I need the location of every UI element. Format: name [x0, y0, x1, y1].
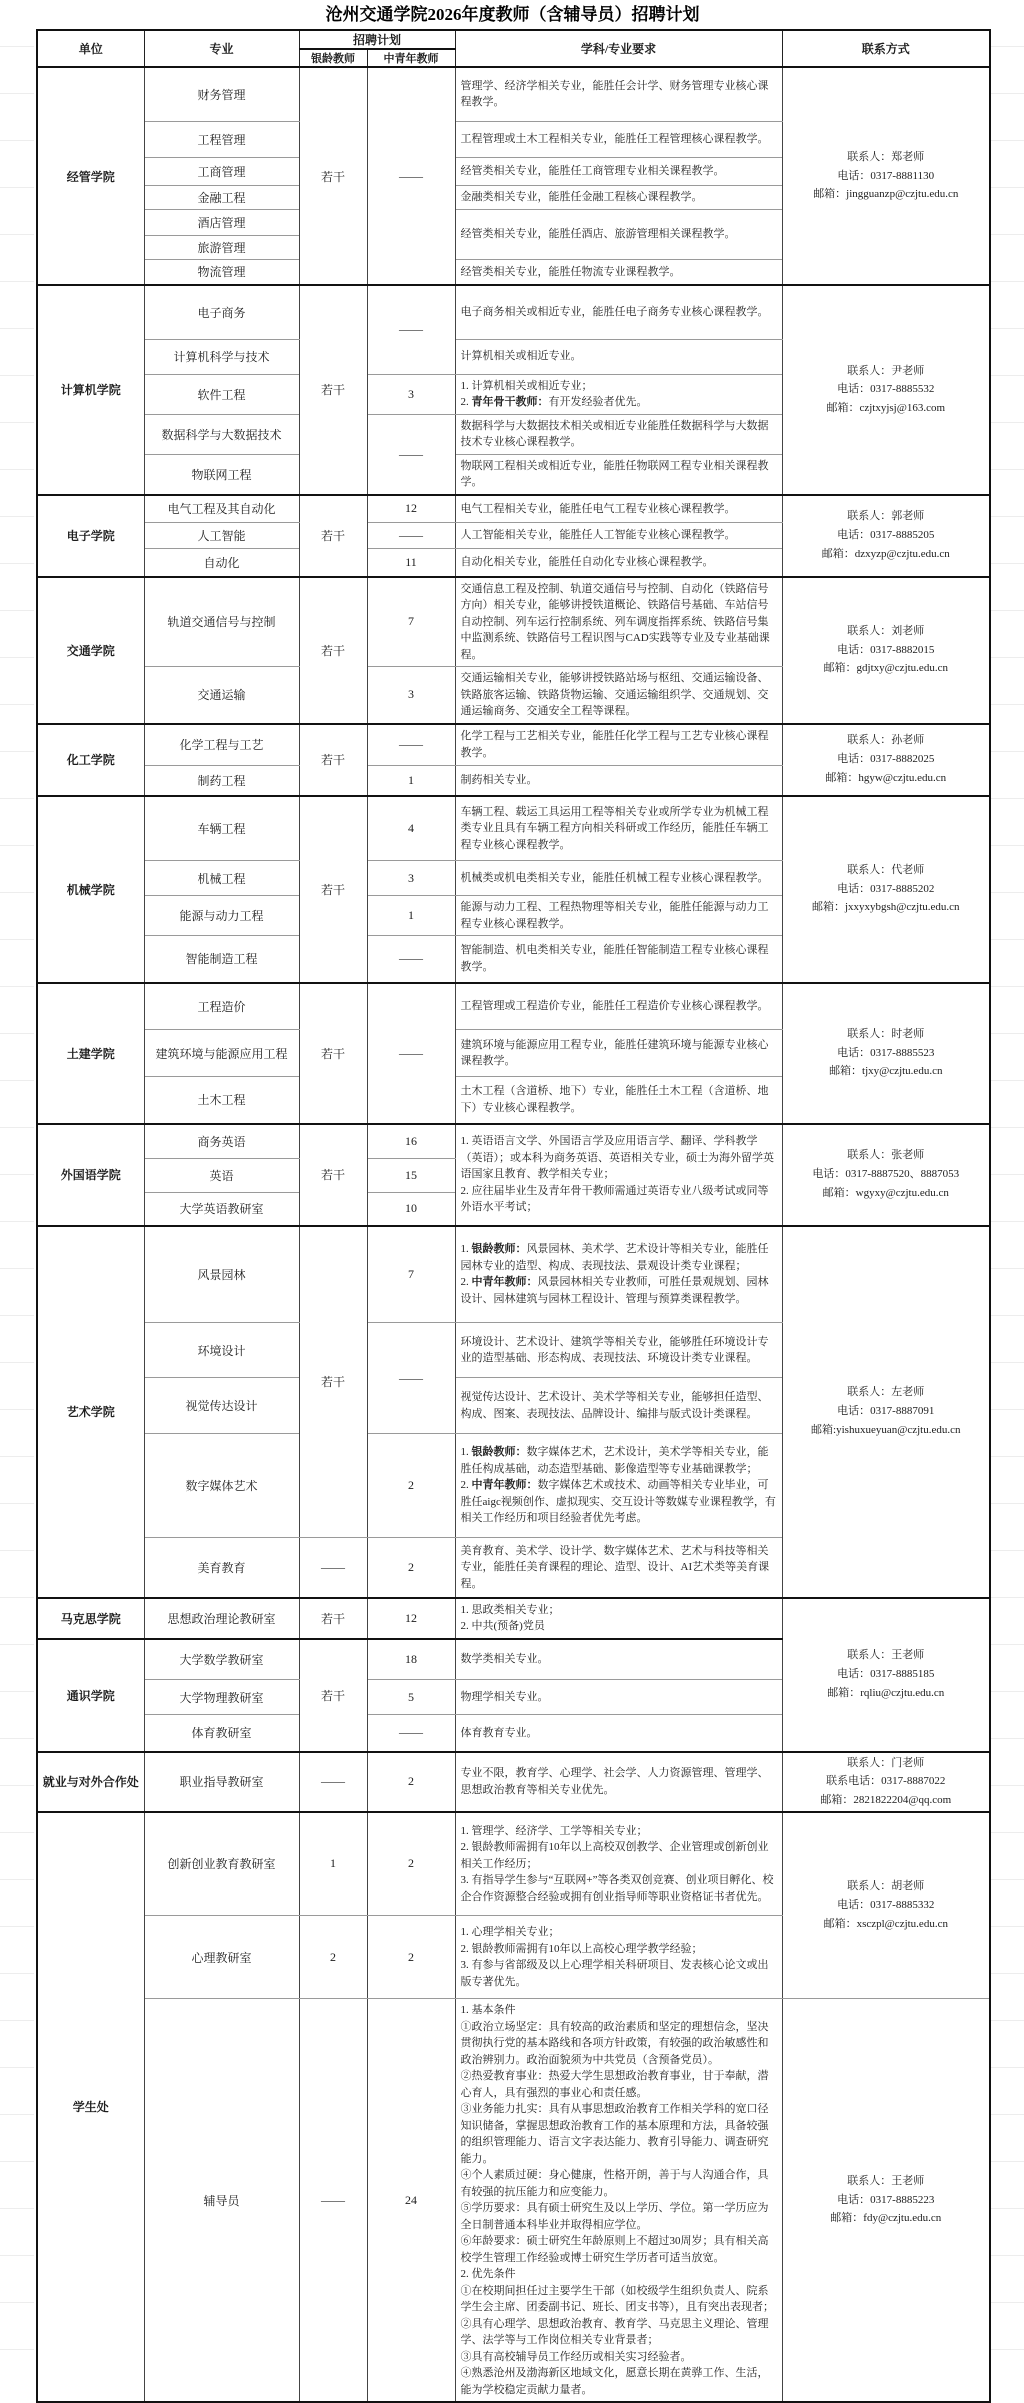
- requirement-cell: 1. 管理学、经济学、工学等相关专业；2. 银龄教师需拥有10年以上高校双创教学…: [455, 1812, 782, 1916]
- silver-teacher-count-cell: 若干: [299, 67, 367, 285]
- major-cell: 交通运输: [144, 667, 299, 724]
- requirement-cell: 人工智能相关专业，能胜任人工智能专业核心课程教学。: [455, 523, 782, 549]
- major-cell: 环境设计: [144, 1323, 299, 1378]
- requirement-cell: 土木工程（含道桥、地下）专业，能胜任土木工程（含道桥、地下）专业核心课程教学。: [455, 1077, 782, 1124]
- young-teacher-count-cell: ——: [367, 983, 455, 1124]
- contact-cell: 联系人：胡老师电话：0317-8885332邮箱：xsczpl@czjtu.ed…: [782, 1812, 990, 1999]
- recruitment-table: 单位 专业 招聘计划 学科/专业要求 联系方式 银龄教师 中青年教师 经管学院财…: [36, 29, 991, 2403]
- contact-cell: 联系人：时老师电话：0317-8885523邮箱：tjxy@czjtu.edu.…: [782, 983, 990, 1124]
- major-cell: 视觉传达设计: [144, 1378, 299, 1434]
- young-teacher-count-cell: 2: [367, 1752, 455, 1812]
- major-cell: 电子商务: [144, 285, 299, 339]
- major-cell: 辅导员: [144, 1999, 299, 2403]
- contact-cell: 联系人：张老师电话：0317-8887520、8887053邮箱：wgyxy@c…: [782, 1124, 990, 1226]
- young-teacher-count-cell: 2: [367, 1812, 455, 1916]
- young-teacher-count-cell: ——: [367, 936, 455, 983]
- major-cell: 英语: [144, 1159, 299, 1193]
- page-title: 沧州交通学院2026年度教师（含辅导员）招聘计划: [36, 0, 989, 29]
- requirement-cell: 工程管理或土木工程相关专业，能胜任工程管理核心课程教学。: [455, 121, 782, 157]
- requirement-cell: 计算机相关或相近专业。: [455, 339, 782, 374]
- major-cell: 体育教研室: [144, 1715, 299, 1752]
- requirement-cell: 制药相关专业。: [455, 766, 782, 796]
- unit-cell: 学生处: [37, 1812, 144, 2403]
- contact-cell: 联系人：孙老师电话：0317-8882025邮箱：hgyw@czjtu.edu.…: [782, 724, 990, 796]
- sheet-margin-gridlines-left: [0, 0, 34, 2369]
- silver-teacher-count-cell: 若干: [299, 577, 367, 724]
- unit-cell: 通识学院: [37, 1639, 144, 1752]
- table-row: 辅导员——241. 基本条件①政治立场坚定：具有较高的政治素质和坚定的理想信念，…: [37, 1999, 990, 2403]
- young-teacher-count-cell: 3: [367, 861, 455, 896]
- unit-cell: 艺术学院: [37, 1226, 144, 1598]
- major-cell: 智能制造工程: [144, 936, 299, 983]
- unit-cell: 化工学院: [37, 724, 144, 796]
- major-cell: 计算机科学与技术: [144, 339, 299, 374]
- requirement-cell: 车辆工程、载运工具运用工程等相关专业或所学专业为机械工程类专业且具有车辆工程方向…: [455, 796, 782, 861]
- major-cell: 创新创业教育教研室: [144, 1812, 299, 1916]
- major-cell: 数据科学与大数据技术: [144, 414, 299, 454]
- young-teacher-count-cell: 4: [367, 796, 455, 861]
- contact-cell: 联系人：门老师联系电话：0317-8887022邮箱：2821822204@qq…: [782, 1752, 990, 1812]
- requirement-cell: 视觉传达设计、艺术设计、美术学等相关专业，能够担任造型、构成、图案、表现技法、品…: [455, 1378, 782, 1434]
- recruitment-plan-sheet: 沧州交通学院2026年度教师（含辅导员）招聘计划 单位 专业 招聘计划 学科/专…: [36, 0, 989, 2403]
- major-cell: 物联网工程: [144, 454, 299, 495]
- requirement-cell: 管理学、经济学相关专业，能胜任会计学、财务管理专业核心课程教学。: [455, 67, 782, 121]
- major-cell: 心理教研室: [144, 1916, 299, 1999]
- silver-teacher-count-cell: 1: [299, 1812, 367, 1916]
- header-silver-teacher: 银龄教师: [299, 49, 367, 67]
- major-cell: 酒店管理: [144, 209, 299, 235]
- requirement-cell: 体育教育专业。: [455, 1715, 782, 1752]
- major-cell: 金融工程: [144, 185, 299, 209]
- major-cell: 工程造价: [144, 983, 299, 1030]
- unit-cell: 计算机学院: [37, 285, 144, 495]
- requirement-cell: 电气工程相关专业，能胜任电气工程专业核心课程教学。: [455, 495, 782, 523]
- contact-cell: 联系人：尹老师电话：0317-8885532邮箱：czjtxyjsj@163.c…: [782, 285, 990, 495]
- silver-teacher-count-cell: ——: [299, 1752, 367, 1812]
- young-teacher-count-cell: ——: [367, 414, 455, 495]
- young-teacher-count-cell: 3: [367, 374, 455, 414]
- requirement-cell: 金融类相关专业，能胜任金融工程核心课程教学。: [455, 185, 782, 209]
- major-cell: 车辆工程: [144, 796, 299, 861]
- unit-cell: 外国语学院: [37, 1124, 144, 1226]
- unit-cell: 交通学院: [37, 577, 144, 724]
- major-cell: 大学数学教研室: [144, 1639, 299, 1680]
- young-teacher-count-cell: 24: [367, 1999, 455, 2403]
- young-teacher-count-cell: 3: [367, 667, 455, 724]
- silver-teacher-count-cell: 若干: [299, 1124, 367, 1226]
- contact-cell: 联系人：王老师电话：0317-8885223邮箱：fdy@czjtu.edu.c…: [782, 1999, 990, 2403]
- header-contact: 联系方式: [782, 30, 990, 67]
- young-teacher-count-cell: 12: [367, 1598, 455, 1639]
- silver-teacher-count-cell: 若干: [299, 983, 367, 1124]
- silver-teacher-count-cell: 若干: [299, 1639, 367, 1752]
- young-teacher-count-cell: 7: [367, 1226, 455, 1323]
- major-cell: 土木工程: [144, 1077, 299, 1124]
- requirement-cell: 工程管理或工程造价专业，能胜任工程造价专业核心课程教学。: [455, 983, 782, 1030]
- major-cell: 大学英语教研室: [144, 1193, 299, 1226]
- young-teacher-count-cell: ——: [367, 523, 455, 549]
- table-row: 电子学院电气工程及其自动化若干12电气工程相关专业，能胜任电气工程专业核心课程教…: [37, 495, 990, 523]
- header-plan: 招聘计划: [299, 30, 455, 49]
- requirement-cell: 建筑环境与能源应用工程专业，能胜任建筑环境与能源专业核心课程教学。: [455, 1030, 782, 1077]
- young-teacher-count-cell: 2: [367, 1916, 455, 1999]
- major-cell: 商务英语: [144, 1124, 299, 1159]
- silver-teacher-count-cell: 2: [299, 1916, 367, 1999]
- table-row: 学生处创新创业教育教研室121. 管理学、经济学、工学等相关专业；2. 银龄教师…: [37, 1812, 990, 1916]
- young-teacher-count-cell: 15: [367, 1159, 455, 1193]
- major-cell: 旅游管理: [144, 235, 299, 259]
- requirement-cell: 自动化相关专业，能胜任自动化专业核心课程教学。: [455, 549, 782, 577]
- requirement-cell: 经管类相关专业，能胜任工商管理专业相关课程教学。: [455, 157, 782, 185]
- major-cell: 轨道交通信号与控制: [144, 577, 299, 667]
- young-teacher-count-cell: ——: [367, 67, 455, 285]
- major-cell: 人工智能: [144, 523, 299, 549]
- requirement-cell: 物联网工程相关或相近专业，能胜任物联网工程专业相关课程教学。: [455, 454, 782, 495]
- unit-cell: 就业与对外合作处: [37, 1752, 144, 1812]
- requirement-cell: 物理学相关专业。: [455, 1680, 782, 1715]
- requirement-cell: 美育教育、美术学、设计学、数字媒体艺术、艺术与科技等相关专业，能胜任美育课程的理…: [455, 1538, 782, 1598]
- silver-teacher-count-cell: ——: [299, 1999, 367, 2403]
- silver-teacher-count-cell: 若干: [299, 796, 367, 983]
- major-cell: 物流管理: [144, 259, 299, 285]
- major-cell: 电气工程及其自动化: [144, 495, 299, 523]
- major-cell: 软件工程: [144, 374, 299, 414]
- requirement-cell: 化学工程与工艺相关专业，能胜任化学工程与工艺专业核心课程教学。: [455, 724, 782, 766]
- young-teacher-count-cell: 18: [367, 1639, 455, 1680]
- silver-teacher-count-cell: 若干: [299, 724, 367, 796]
- requirement-cell: 数据科学与大数据技术相关或相近专业能胜任数据科学与大数据技术专业核心课程教学。: [455, 414, 782, 454]
- young-teacher-count-cell: 1: [367, 896, 455, 936]
- major-cell: 自动化: [144, 549, 299, 577]
- table-row: 机械学院车辆工程若干4车辆工程、载运工具运用工程等相关专业或所学专业为机械工程类…: [37, 796, 990, 861]
- table-row: 土建学院工程造价若干——工程管理或工程造价专业，能胜任工程造价专业核心课程教学。…: [37, 983, 990, 1030]
- young-teacher-count-cell: 12: [367, 495, 455, 523]
- major-cell: 大学物理教研室: [144, 1680, 299, 1715]
- requirement-cell: 1. 银龄教师：风景园林、美术学、艺术设计等相关专业，能胜任园林专业的造型、构成…: [455, 1226, 782, 1323]
- requirement-cell: 机械类或机电类相关专业，能胜任机械工程专业核心课程教学。: [455, 861, 782, 896]
- major-cell: 财务管理: [144, 67, 299, 121]
- silver-teacher-count-cell: 若干: [299, 1598, 367, 1639]
- silver-teacher-count-cell: 若干: [299, 285, 367, 495]
- young-teacher-count-cell: ——: [367, 285, 455, 374]
- young-teacher-count-cell: 2: [367, 1538, 455, 1598]
- table-row: 计算机学院电子商务若干——电子商务相关或相近专业，能胜任电子商务专业核心课程教学…: [37, 285, 990, 339]
- requirement-cell: 经管类相关专业，能胜任物流专业课程教学。: [455, 259, 782, 285]
- contact-cell: 联系人：刘老师电话：0317-8882015邮箱：gdjtxy@czjtu.ed…: [782, 577, 990, 724]
- contact-cell: 联系人：王老师电话：0317-8885185邮箱：rqliu@czjtu.edu…: [782, 1598, 990, 1752]
- young-teacher-count-cell: 11: [367, 549, 455, 577]
- requirement-cell: 智能制造、机电类相关专业，能胜任智能制造工程专业核心课程教学。: [455, 936, 782, 983]
- major-cell: 思想政治理论教研室: [144, 1598, 299, 1639]
- table-row: 经管学院财务管理若干——管理学、经济学相关专业，能胜任会计学、财务管理专业核心课…: [37, 67, 990, 121]
- major-cell: 建筑环境与能源应用工程: [144, 1030, 299, 1077]
- requirement-cell: 1. 银龄教师：数字媒体艺术，艺术设计，美术学等相关专业，能胜任构成基础，动态造…: [455, 1434, 782, 1538]
- silver-teacher-count-cell: 若干: [299, 495, 367, 577]
- requirement-cell: 1. 英语语言文学、外国语言学及应用语言学、翻译、学科教学（英语）；或本科为商务…: [455, 1124, 782, 1226]
- header-unit: 单位: [37, 30, 144, 67]
- young-teacher-count-cell: ——: [367, 1323, 455, 1434]
- table-body: 经管学院财务管理若干——管理学、经济学相关专业，能胜任会计学、财务管理专业核心课…: [37, 67, 990, 2402]
- header-requirement: 学科/专业要求: [455, 30, 782, 67]
- table-row: 艺术学院风景园林若干71. 银龄教师：风景园林、美术学、艺术设计等相关专业，能胜…: [37, 1226, 990, 1323]
- major-cell: 工商管理: [144, 157, 299, 185]
- requirement-cell: 专业不限，教育学、心理学、社会学、人力资源管理、管理学、思想政治教育等相关专业优…: [455, 1752, 782, 1812]
- requirement-cell: 数学类相关专业。: [455, 1639, 782, 1680]
- requirement-cell: 交通信息工程及控制、轨道交通信号与控制、自动化（铁路信号方向）相关专业，能够讲授…: [455, 577, 782, 667]
- table-row: 外国语学院商务英语若干161. 英语语言文学、外国语言学及应用语言学、翻译、学科…: [37, 1124, 990, 1159]
- table-row: 就业与对外合作处职业指导教研室——2专业不限，教育学、心理学、社会学、人力资源管…: [37, 1752, 990, 1812]
- young-teacher-count-cell: 1: [367, 766, 455, 796]
- young-teacher-count-cell: 5: [367, 1680, 455, 1715]
- table-row: 交通学院轨道交通信号与控制若干7交通信息工程及控制、轨道交通信号与控制、自动化（…: [37, 577, 990, 667]
- requirement-cell: 能源与动力工程、工程热物理等相关专业，能胜任能源与动力工程专业核心课程教学。: [455, 896, 782, 936]
- major-cell: 职业指导教研室: [144, 1752, 299, 1812]
- silver-teacher-count-cell: 若干: [299, 1226, 367, 1538]
- requirement-cell: 1. 心理学相关专业；2. 银龄教师需拥有10年以上高校心理学教学经验；3. 有…: [455, 1916, 782, 1999]
- header-major: 专业: [144, 30, 299, 67]
- requirement-cell: 1. 基本条件①政治立场坚定：具有较高的政治素质和坚定的理想信念，坚决贯彻执行党…: [455, 1999, 782, 2403]
- contact-cell: 联系人：左老师电话：0317-8887091邮箱:yishuxueyuan@cz…: [782, 1226, 990, 1598]
- requirement-cell: 电子商务相关或相近专业，能胜任电子商务专业核心课程教学。: [455, 285, 782, 339]
- requirement-cell: 经管类相关专业，能胜任酒店、旅游管理相关课程教学。: [455, 209, 782, 259]
- unit-cell: 机械学院: [37, 796, 144, 983]
- requirement-cell: 1. 计算机相关或相近专业；2. 青年骨干教师：有开发经验者优先。: [455, 374, 782, 414]
- major-cell: 能源与动力工程: [144, 896, 299, 936]
- major-cell: 制药工程: [144, 766, 299, 796]
- major-cell: 美育教育: [144, 1538, 299, 1598]
- major-cell: 工程管理: [144, 121, 299, 157]
- header-young-teacher: 中青年教师: [367, 49, 455, 67]
- contact-cell: 联系人：代老师电话：0317-8885202邮箱：jxxyxybgsh@czjt…: [782, 796, 990, 983]
- requirement-cell: 1. 思政类相关专业；2. 中共(预备)党员: [455, 1598, 782, 1639]
- requirement-cell: 交通运输相关专业，能够讲授铁路站场与枢纽、交通运输设备、铁路旅客运输、铁路货物运…: [455, 667, 782, 724]
- contact-cell: 联系人：郭老师电话：0317-8885205邮箱：dzxyzp@czjtu.ed…: [782, 495, 990, 577]
- requirement-cell: 环境设计、艺术设计、建筑学等相关专业，能够胜任环境设计专业的造型基础、形态构成、…: [455, 1323, 782, 1378]
- table-row: 马克思学院思想政治理论教研室若干121. 思政类相关专业；2. 中共(预备)党员…: [37, 1598, 990, 1639]
- major-cell: 化学工程与工艺: [144, 724, 299, 766]
- major-cell: 风景园林: [144, 1226, 299, 1323]
- young-teacher-count-cell: 2: [367, 1434, 455, 1538]
- silver-teacher-count-cell: ——: [299, 1538, 367, 1598]
- unit-cell: 马克思学院: [37, 1598, 144, 1639]
- unit-cell: 土建学院: [37, 983, 144, 1124]
- young-teacher-count-cell: 16: [367, 1124, 455, 1159]
- young-teacher-count-cell: ——: [367, 1715, 455, 1752]
- young-teacher-count-cell: 10: [367, 1193, 455, 1226]
- unit-cell: 经管学院: [37, 67, 144, 285]
- major-cell: 数字媒体艺术: [144, 1434, 299, 1538]
- major-cell: 机械工程: [144, 861, 299, 896]
- sheet-margin-gridlines-right: [991, 0, 1024, 2369]
- unit-cell: 电子学院: [37, 495, 144, 577]
- contact-cell: 联系人：郑老师电话：0317-8881130邮箱：jingguanzp@czjt…: [782, 67, 990, 285]
- young-teacher-count-cell: 7: [367, 577, 455, 667]
- table-row: 化工学院化学工程与工艺若干——化学工程与工艺相关专业，能胜任化学工程与工艺专业核…: [37, 724, 990, 766]
- young-teacher-count-cell: ——: [367, 724, 455, 766]
